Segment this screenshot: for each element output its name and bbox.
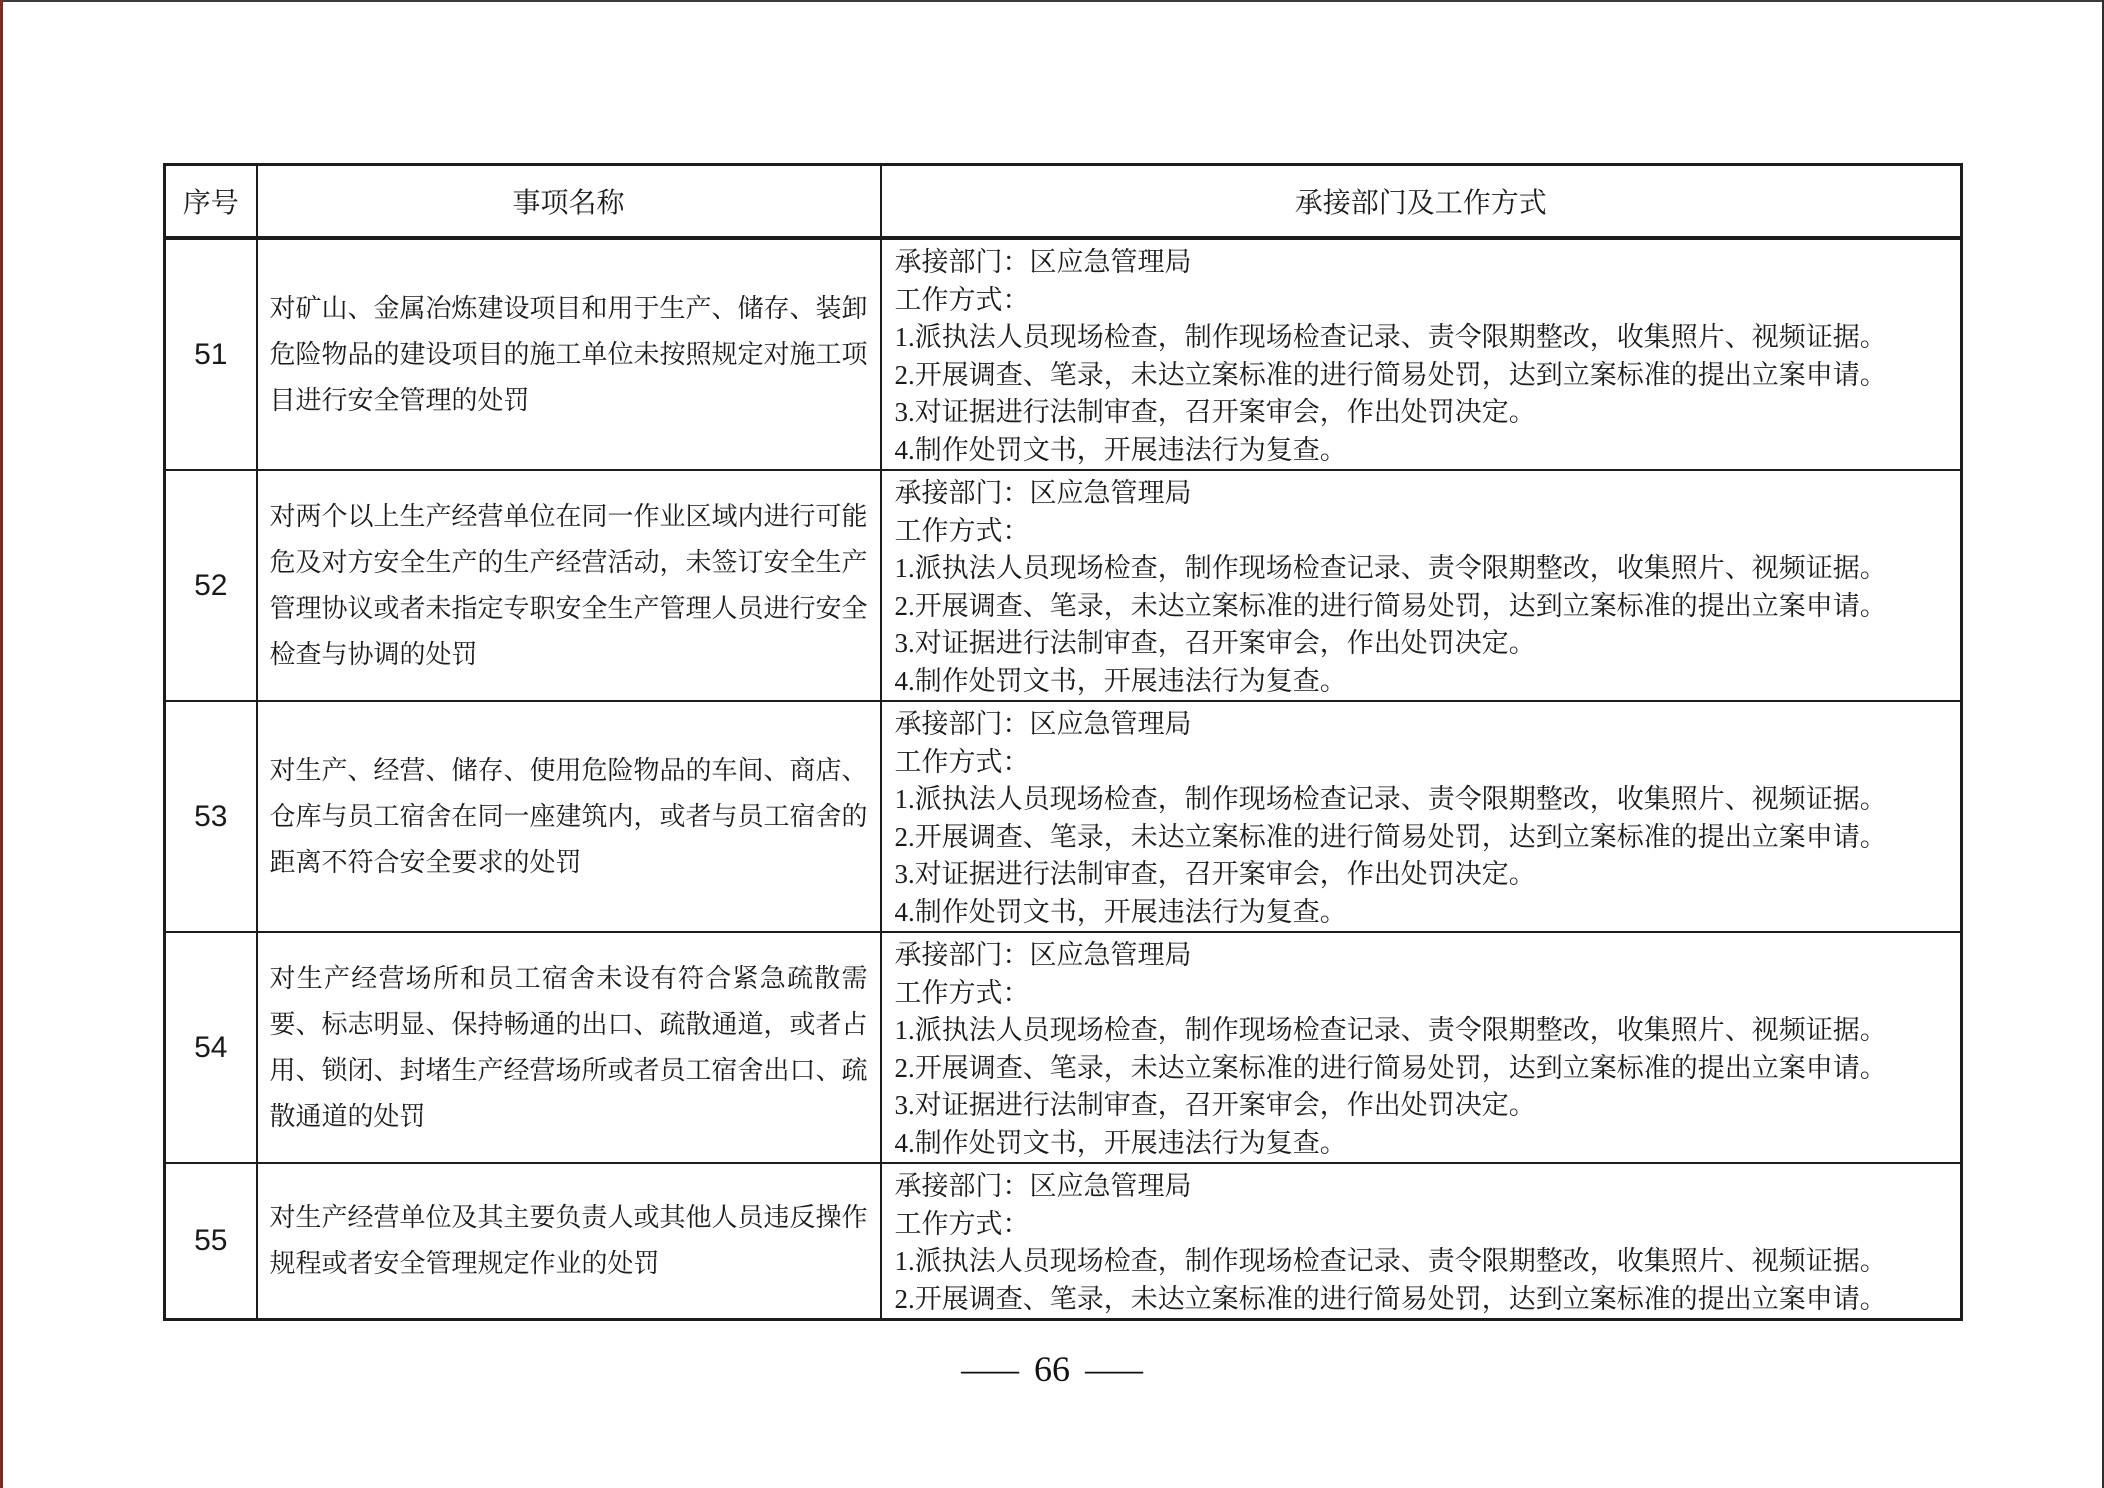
detail-line: 工作方式： [895, 975, 1953, 1013]
item-name: 对两个以上生产经营单位在同一作业区域内进行可能危及对方安全生产的生产经营活动，未… [257, 470, 881, 701]
item-name: 对生产经营场所和员工宿舍未设有符合紧急疏散需要、标志明显、保持畅通的出口、疏散通… [257, 932, 881, 1163]
detail-line: 2.开展调查、笔录，未达立案标准的进行简易处罚，达到立案标准的提出立案申请。 [895, 357, 1953, 395]
footer-left-dash: — [961, 1348, 1019, 1390]
row-number: 53 [165, 701, 257, 932]
table-row-51: 51 对矿山、金属冶炼建设项目和用于生产、储存、装卸危险物品的建设项目的施工单位… [165, 238, 1962, 470]
detail-line: 承接部门：区应急管理局 [895, 937, 1953, 975]
item-detail: 承接部门：区应急管理局 工作方式： 1.派执法人员现场检查，制作现场检查记录、责… [881, 470, 1962, 701]
detail-line: 2.开展调查、笔录，未达立案标准的进行简易处罚，达到立案标准的提出立案申请。 [895, 819, 1953, 857]
items-table: 序号 事项名称 承接部门及工作方式 51 对矿山、金属冶炼建设项目和用于生产、储… [163, 163, 1963, 1321]
footer-right-dash: — [1085, 1348, 1143, 1390]
table-row-55: 55 对生产经营单位及其主要负责人或其他人员违反操作规程或者安全管理规定作业的处… [165, 1163, 1962, 1320]
detail-line: 2.开展调查、笔录，未达立案标准的进行简易处罚，达到立案标准的提出立案申请。 [895, 588, 1953, 626]
header-cell-no: 序号 [165, 165, 257, 239]
row-number: 51 [165, 238, 257, 470]
detail-line: 4.制作处罚文书，开展违法行为复查。 [895, 1125, 1953, 1163]
table-row-53: 53 对生产、经营、储存、使用危险物品的车间、商店、仓库与员工宿舍在同一座建筑内… [165, 701, 1962, 932]
detail-line: 承接部门：区应急管理局 [895, 706, 1953, 744]
item-detail: 承接部门：区应急管理局 工作方式： 1.派执法人员现场检查，制作现场检查记录、责… [881, 1163, 1962, 1320]
row-number: 52 [165, 470, 257, 701]
detail-line: 1.派执法人员现场检查，制作现场检查记录、责令限期整改，收集照片、视频证据。 [895, 550, 1953, 588]
page-edge-top [0, 0, 2104, 2]
item-name: 对生产、经营、储存、使用危险物品的车间、商店、仓库与员工宿舍在同一座建筑内，或者… [257, 701, 881, 932]
detail-line: 承接部门：区应急管理局 [895, 1168, 1953, 1206]
detail-line: 4.制作处罚文书，开展违法行为复查。 [895, 663, 1953, 701]
detail-line: 承接部门：区应急管理局 [895, 475, 1953, 513]
detail-line: 3.对证据进行法制审查，召开案审会，作出处罚决定。 [895, 1087, 1953, 1125]
detail-line: 工作方式： [895, 1206, 1953, 1244]
row-number: 54 [165, 932, 257, 1163]
header-cell-dept: 承接部门及工作方式 [881, 165, 1962, 239]
row-number: 55 [165, 1163, 257, 1320]
page-footer: —66— [0, 1348, 2104, 1390]
detail-line: 4.制作处罚文书，开展违法行为复查。 [895, 432, 1953, 470]
item-detail: 承接部门：区应急管理局 工作方式： 1.派执法人员现场检查，制作现场检查记录、责… [881, 932, 1962, 1163]
item-detail: 承接部门：区应急管理局 工作方式： 1.派执法人员现场检查，制作现场检查记录、责… [881, 238, 1962, 470]
table-row-54: 54 对生产经营场所和员工宿舍未设有符合紧急疏散需要、标志明显、保持畅通的出口、… [165, 932, 1962, 1163]
table-header-row: 序号 事项名称 承接部门及工作方式 [165, 165, 1962, 239]
detail-line: 1.派执法人员现场检查，制作现场检查记录、责令限期整改，收集照片、视频证据。 [895, 1012, 1953, 1050]
detail-line: 2.开展调查、笔录，未达立案标准的进行简易处罚，达到立案标准的提出立案申请。 [895, 1050, 1953, 1088]
detail-line: 3.对证据进行法制审查，召开案审会，作出处罚决定。 [895, 856, 1953, 894]
detail-line: 3.对证据进行法制审查，召开案审会，作出处罚决定。 [895, 394, 1953, 432]
detail-line: 1.派执法人员现场检查，制作现场检查记录、责令限期整改，收集照片、视频证据。 [895, 1243, 1953, 1281]
detail-line: 工作方式： [895, 513, 1953, 551]
detail-line: 4.制作处罚文书，开展违法行为复查。 [895, 894, 1953, 932]
detail-line: 工作方式： [895, 282, 1953, 320]
item-detail: 承接部门：区应急管理局 工作方式： 1.派执法人员现场检查，制作现场检查记录、责… [881, 701, 1962, 932]
detail-line: 工作方式： [895, 744, 1953, 782]
detail-line: 1.派执法人员现场检查，制作现场检查记录、责令限期整改，收集照片、视频证据。 [895, 319, 1953, 357]
detail-line: 3.对证据进行法制审查，召开案审会，作出处罚决定。 [895, 625, 1953, 663]
header-cell-name: 事项名称 [257, 165, 881, 239]
document-page: 序号 事项名称 承接部门及工作方式 51 对矿山、金属冶炼建设项目和用于生产、储… [0, 0, 2104, 1488]
detail-line: 1.派执法人员现场检查，制作现场检查记录、责令限期整改，收集照片、视频证据。 [895, 781, 1953, 819]
item-name: 对矿山、金属冶炼建设项目和用于生产、储存、装卸危险物品的建设项目的施工单位未按照… [257, 238, 881, 470]
detail-line: 2.开展调查、笔录，未达立案标准的进行简易处罚，达到立案标准的提出立案申请。 [895, 1281, 1953, 1319]
item-name: 对生产经营单位及其主要负责人或其他人员违反操作规程或者安全管理规定作业的处罚 [257, 1163, 881, 1320]
page-number: 66 [1034, 1349, 1070, 1389]
table-row-52: 52 对两个以上生产经营单位在同一作业区域内进行可能危及对方安全生产的生产经营活… [165, 470, 1962, 701]
page-edge-left [0, 0, 3, 1488]
detail-line: 承接部门：区应急管理局 [895, 244, 1953, 282]
